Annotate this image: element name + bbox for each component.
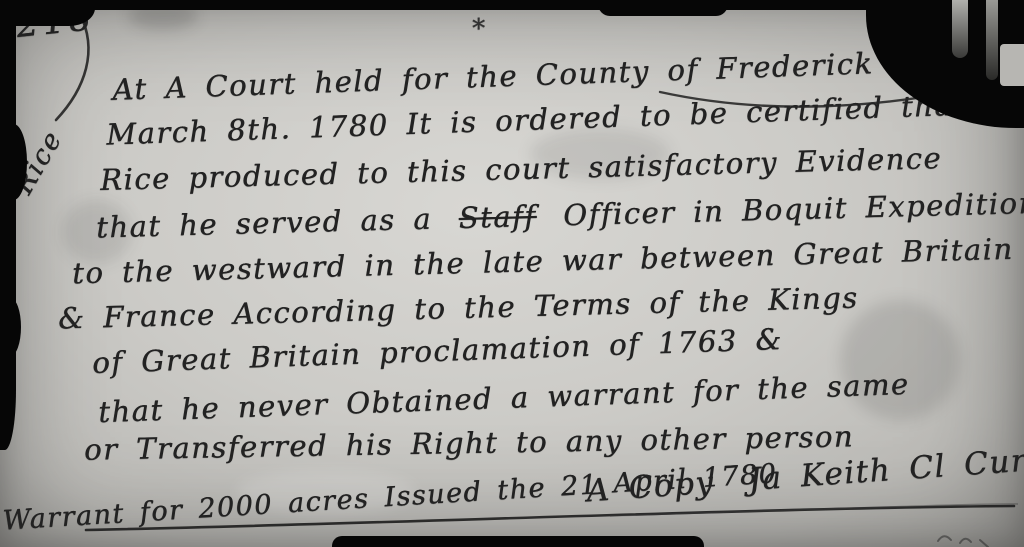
binding-page-streak — [952, 0, 968, 58]
body-line-service-pre: that he served as a — [96, 202, 433, 245]
copy-label: A Copy — [585, 465, 715, 510]
adjacent-page-edge — [1000, 44, 1024, 86]
manuscript-page: 218 Rice * At A Court held for the Count… — [0, 0, 1024, 547]
binding-page-streak — [986, 0, 998, 80]
photo-border-left — [0, 0, 16, 450]
photo-border-left-bump — [0, 124, 27, 200]
body-line-service-post: Officer in Boquit Expedition — [563, 186, 1024, 232]
scanned-court-record-photo: 218 Rice * At A Court held for the Count… — [0, 0, 1024, 547]
insertion-mark: * — [472, 14, 485, 44]
photo-border-left-bump — [0, 298, 21, 356]
photo-border-top-bump — [598, 0, 728, 16]
struck-word: Staff — [458, 199, 537, 235]
ruled-line-faint — [610, 504, 1018, 516]
cropped-next-line-marks — [938, 536, 988, 547]
photo-border-bottom — [332, 536, 704, 547]
body-line-evidence: Rice produced to this court satisfactory… — [100, 141, 943, 197]
